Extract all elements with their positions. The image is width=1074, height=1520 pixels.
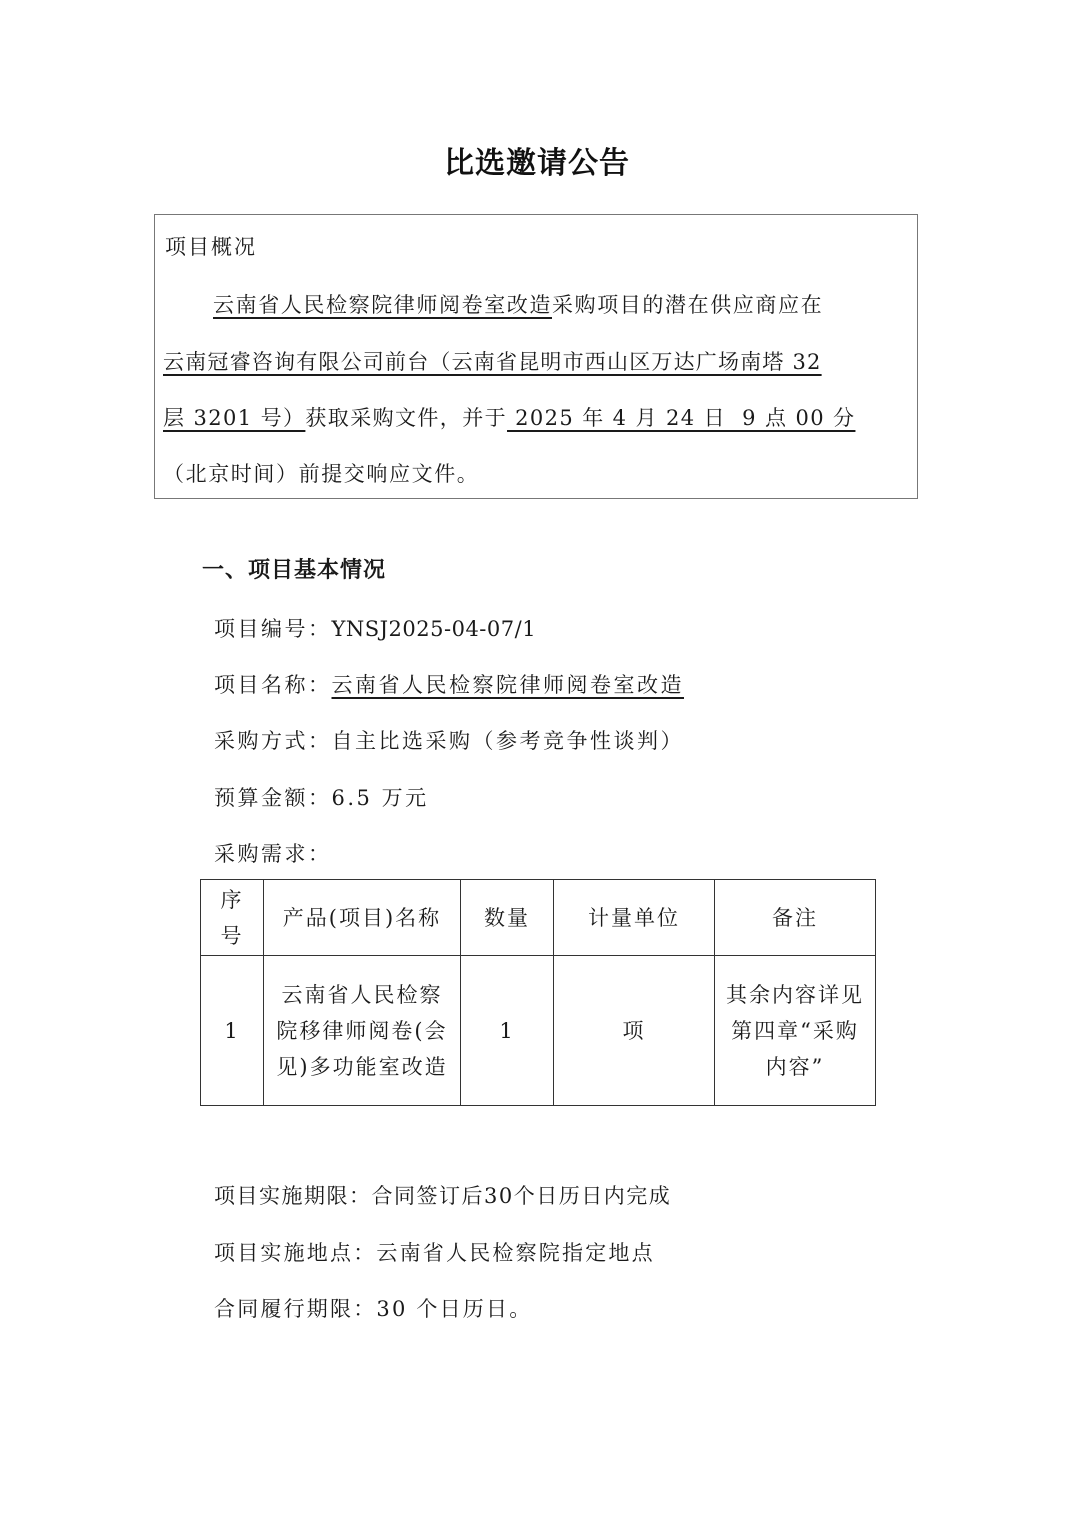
cell-quantity: 1 [461, 956, 554, 1106]
project-number-value: YNSJ2025-04-07/1 [332, 617, 537, 641]
cell-remark: 其余内容详见第四章“采购内容” [715, 956, 876, 1106]
overview-deadline: 2025 年 4 月 24 日 9 点 00 分 [507, 406, 855, 430]
cell-product-name: 云南省人民检察院移律师阅卷(会见)多功能室改造 [264, 956, 461, 1106]
project-name-line: 项目名称：云南省人民检察院律师阅卷室改造 [214, 669, 684, 699]
table-row: 1 云南省人民检察院移律师阅卷(会见)多功能室改造 1 项 其余内容详见第四章“… [201, 956, 876, 1106]
header-index: 序号 [201, 880, 264, 956]
project-name-label: 项目名称： [214, 673, 332, 697]
implementation-location-value: 云南省人民检察院指定地点 [376, 1241, 654, 1265]
cell-index: 1 [201, 956, 264, 1106]
implementation-location-label: 项目实施地点： [214, 1241, 376, 1265]
overview-line1-text: 采购项目的潜在供应商应在 [552, 293, 823, 317]
header-quantity: 数量 [461, 880, 554, 956]
implementation-location-line: 项目实施地点：云南省人民检察院指定地点 [214, 1237, 655, 1267]
budget-label: 预算金额： [214, 786, 332, 810]
contract-period-value: 30 个日历日。 [376, 1297, 532, 1321]
cell-unit: 项 [554, 956, 715, 1106]
table-header-row: 序号 产品(项目)名称 数量 计量单位 备注 [201, 880, 876, 956]
implementation-period-value: 合同签订后30个日历日内完成 [372, 1184, 672, 1208]
overview-line-3: 层 3201 号）获取采购文件，并于 2025 年 4 月 24 日 9 点 0… [163, 402, 855, 432]
contract-period-line: 合同履行期限：30 个日历日。 [214, 1293, 532, 1323]
budget-line: 预算金额：6.5 万元 [214, 782, 429, 812]
requirements-label: 采购需求： [214, 838, 332, 868]
implementation-period-line: 项目实施期限：合同签订后30个日历日内完成 [214, 1180, 671, 1210]
section-heading-basic-info: 一、项目基本情况 [202, 553, 386, 584]
implementation-period-label: 项目实施期限： [214, 1184, 372, 1208]
overview-line-2: 云南冠睿咨询有限公司前台（云南省昆明市西山区万达广场南塔 32 [163, 346, 822, 376]
overview-line-4: （北京时间）前提交响应文件。 [163, 458, 479, 488]
procurement-method-line: 采购方式：自主比选采购（参考竞争性谈判） [214, 725, 684, 755]
overview-line-1: 云南省人民检察院律师阅卷室改造采购项目的潜在供应商应在 [213, 289, 823, 319]
requirements-table: 序号 产品(项目)名称 数量 计量单位 备注 1 云南省人民检察院移律师阅卷(会… [200, 879, 876, 1106]
procurement-method-value: 自主比选采购（参考竞争性谈判） [332, 729, 685, 753]
project-number-label: 项目编号： [214, 617, 332, 641]
overview-heading: 项目概况 [165, 231, 257, 261]
overview-line3-text: 获取采购文件，并于 [305, 406, 507, 430]
header-remark: 备注 [715, 880, 876, 956]
document-title: 比选邀请公告 [0, 138, 1074, 182]
header-unit: 计量单位 [554, 880, 715, 956]
procurement-method-label: 采购方式： [214, 729, 332, 753]
project-overview-box: 项目概况 云南省人民检察院律师阅卷室改造采购项目的潜在供应商应在 云南冠睿咨询有… [154, 214, 918, 499]
project-number-line: 项目编号：YNSJ2025-04-07/1 [214, 613, 536, 643]
contract-period-label: 合同履行期限： [214, 1297, 376, 1321]
overview-location-cont: 层 3201 号） [163, 406, 305, 430]
overview-location: 云南冠睿咨询有限公司前台（云南省昆明市西山区万达广场南塔 32 [163, 350, 822, 374]
overview-project-name: 云南省人民检察院律师阅卷室改造 [213, 293, 552, 317]
project-name-value: 云南省人民检察院律师阅卷室改造 [332, 673, 685, 697]
header-product-name: 产品(项目)名称 [264, 880, 461, 956]
budget-value: 6.5 万元 [332, 786, 429, 810]
